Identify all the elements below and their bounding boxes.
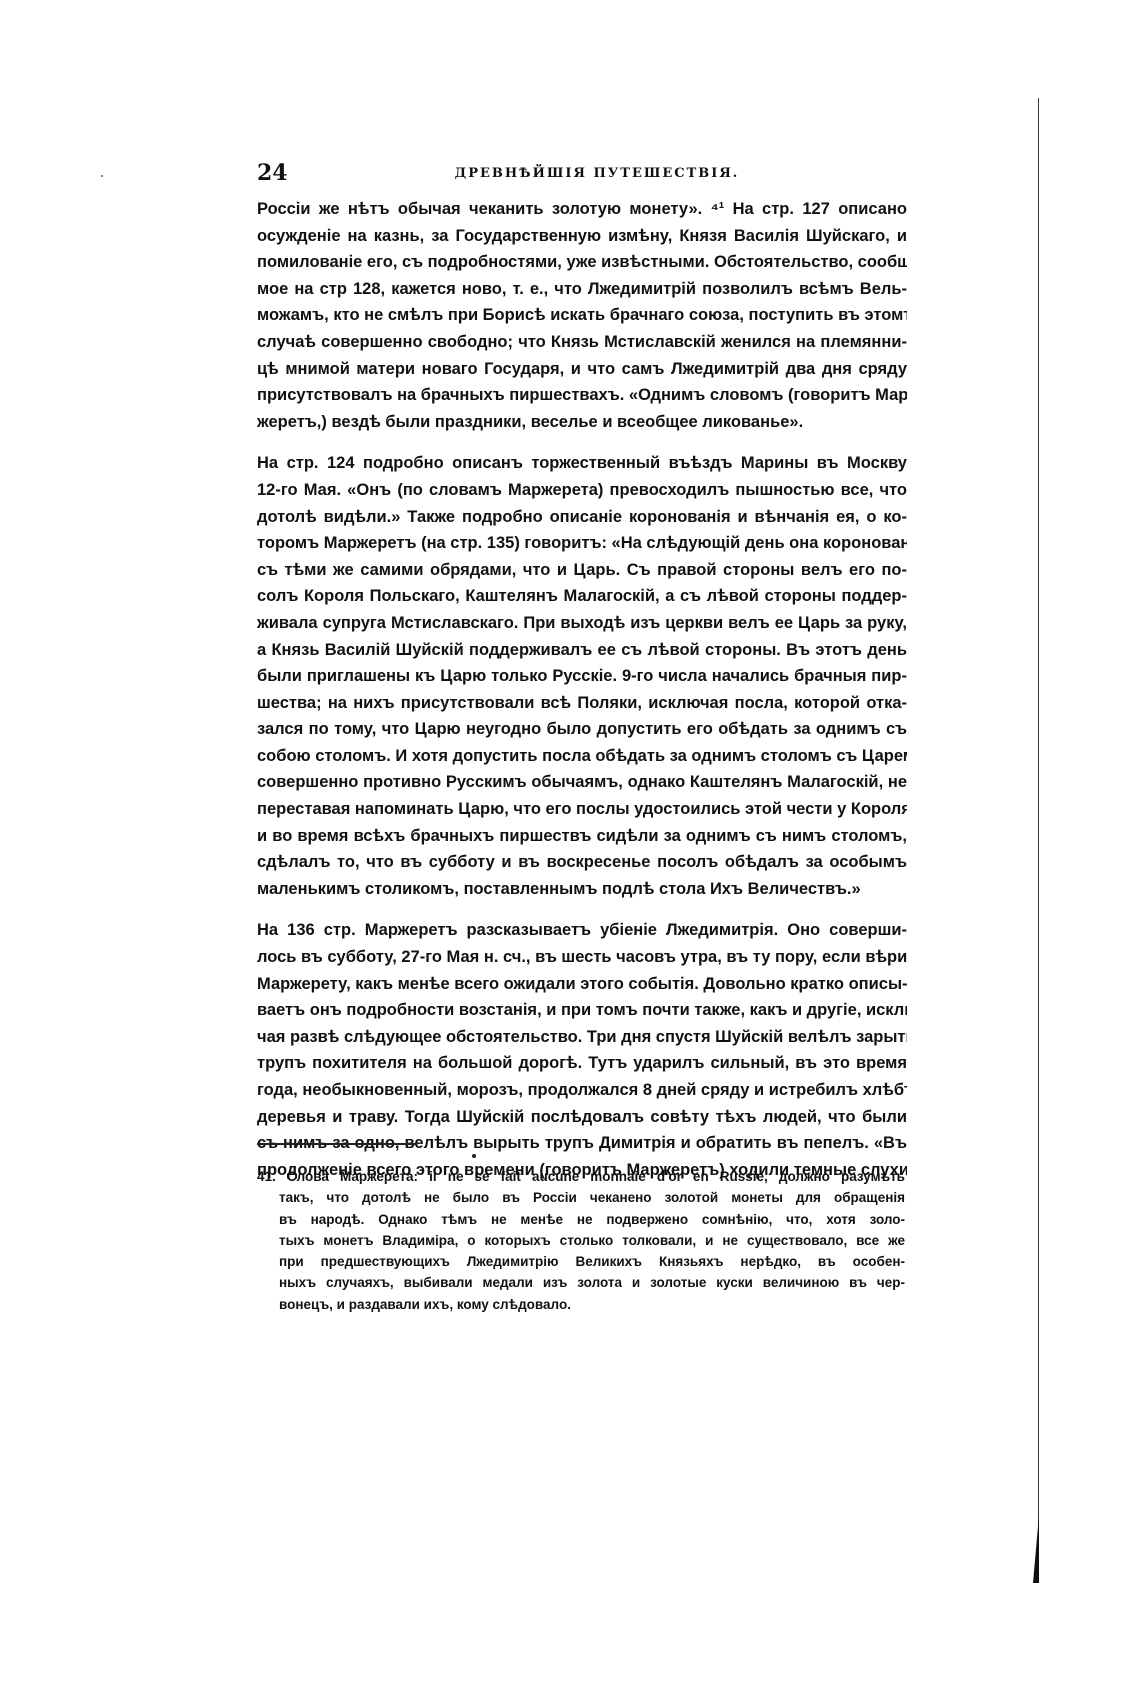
text-line: торомъ Маржеретъ (на стр. 135) говоритъ:… [257, 530, 907, 557]
text-line: присутствовалъ на брачныхъ пиршествахъ. … [257, 382, 907, 409]
text-line: случаѣ совершенно свободно; что Князь Мс… [257, 329, 907, 356]
text-line: и во время всѣхъ брачныхъ пиршествъ сидѣ… [257, 823, 907, 850]
text-line: Россіи же нѣтъ обычая чеканить золотую м… [257, 196, 907, 223]
scan-margin-line-tail [1033, 1515, 1039, 1583]
text-line: а Князь Василій Шуйскій поддерживалъ ее … [257, 637, 907, 664]
footnote-separator [257, 1143, 417, 1145]
body-text: Россіи же нѣтъ обычая чеканить золотую м… [257, 196, 907, 1183]
footnote-line: въ народѣ. Однако тѣмъ не менѣе не подве… [257, 1209, 905, 1230]
footnote-line: при предшествующихъ Лжедимитрію Великихъ… [257, 1251, 905, 1272]
text-line: живала супруга Мстиславскаго. При выходѣ… [257, 610, 907, 637]
scan-speck [101, 175, 103, 177]
text-line: мое на стр 128, кажется ново, т. е., что… [257, 276, 907, 303]
paragraph-1: Россіи же нѣтъ обычая чеканить золотую м… [257, 196, 907, 435]
text-line: помилованіе его, съ подробностями, уже и… [257, 249, 907, 276]
text-line: На стр. 124 подробно описанъ торжественн… [257, 450, 907, 477]
text-line: солъ Короля Польскаго, Каштелянъ Малагос… [257, 583, 907, 610]
text-line: трупъ похитителя на большой дорогѣ. Тутъ… [257, 1050, 907, 1077]
footnotes: 41. Слова Маржерета: il ne se fait aucun… [257, 1166, 905, 1315]
paragraph-2: На стр. 124 подробно описанъ торжественн… [257, 450, 907, 902]
text-line: года, необыкновенный, морозъ, продолжалс… [257, 1077, 907, 1104]
running-title: ДРЕВНѢЙШІЯ ПУТЕШЕСТВІЯ. [257, 166, 907, 181]
text-line: дотолѣ видѣли.» Также подробно описаніе … [257, 504, 907, 531]
text-line: были приглашены къ Царю только Русскіе. … [257, 663, 907, 690]
text-line: На 136 стр. Маржеретъ разсказываетъ убіе… [257, 917, 907, 944]
footnote-line: тыхъ монетъ Владиміра, о которыхъ стольк… [257, 1230, 905, 1251]
text-line: маленькимъ столикомъ, поставленнымъ подл… [257, 876, 907, 903]
footnote-line: такъ, что дотолѣ не было въ Россіи чекан… [257, 1187, 905, 1208]
footnote-line: 41. Слова Маржерета: il ne se fait aucun… [257, 1166, 905, 1187]
text-line: лось въ субботу, 27-го Мая н. сч., въ ше… [257, 944, 907, 971]
text-line: шества; на нихъ присутствовали всѣ Поляк… [257, 690, 907, 717]
text-line: Маржерету, какъ менѣе всего ожидали этог… [257, 971, 907, 998]
text-line: осужденіе на казнь, за Государственную и… [257, 223, 907, 250]
text-line: 12-го Мая. «Онъ (по словамъ Маржерета) п… [257, 477, 907, 504]
page-header: 24 ДРЕВНѢЙШІЯ ПУТЕШЕСТВІЯ. [257, 160, 907, 188]
text-line: переставая напоминать Царю, что его посл… [257, 796, 907, 823]
text-line: ваетъ онъ подробности возстанія, и при т… [257, 997, 907, 1024]
footnote-line: вонецъ, и раздавали ихъ, кому слѣдовало. [257, 1294, 905, 1315]
text-line: жеретъ,) вездѣ были праздники, веселье и… [257, 409, 907, 436]
text-line: собою столомъ. И хотя допустить посла об… [257, 743, 907, 770]
text-line: деревья и траву. Тогда Шуйскій послѣдова… [257, 1104, 907, 1131]
text-line: можамъ, кто не смѣлъ при Борисѣ искать б… [257, 302, 907, 329]
footnote-41: 41. Слова Маржерета: il ne se fait aucun… [257, 1166, 905, 1315]
book-page: 24 ДРЕВНѢЙШІЯ ПУТЕШЕСТВІЯ. Россіи же нѣт… [0, 0, 1140, 1687]
text-line: съ тѣми же самими обрядами, что и Царь. … [257, 557, 907, 584]
text-line: совершенно противно Русскимъ обычаямъ, о… [257, 769, 907, 796]
footnote-line: ныхъ случаяхъ, выбивали медали изъ золот… [257, 1272, 905, 1293]
text-line: сдѣлалъ то, что въ субботу и въ воскресе… [257, 849, 907, 876]
text-line: чая развѣ слѣдующее обстоятельство. Три … [257, 1024, 907, 1051]
text-line: зался по тому, что Царю неугодно было до… [257, 716, 907, 743]
text-line: цѣ мнимой матери новаго Государя, и что … [257, 356, 907, 383]
scan-margin-line [1038, 98, 1039, 1528]
